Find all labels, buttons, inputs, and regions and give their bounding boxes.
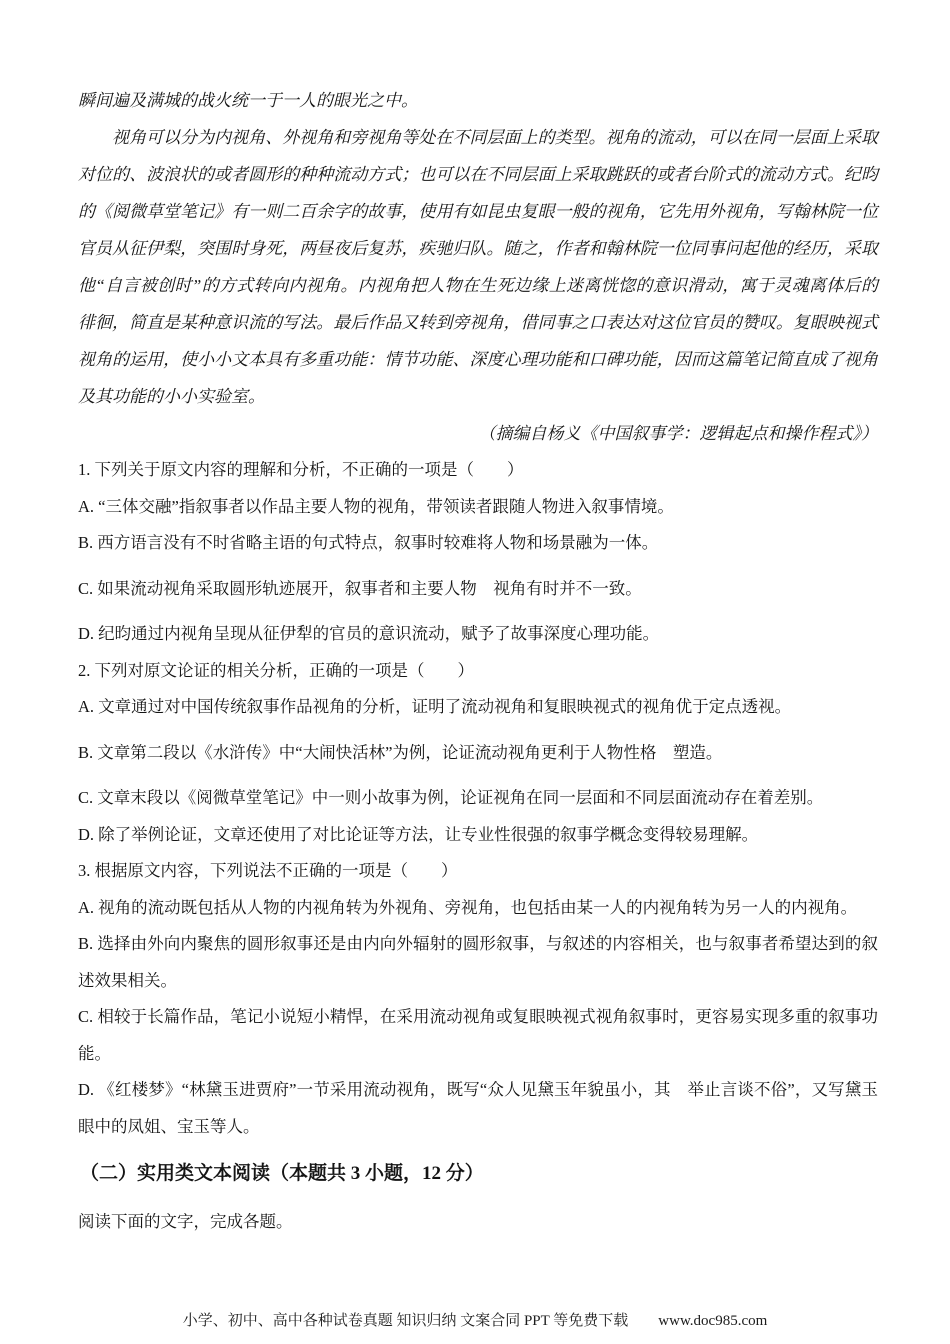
exam-document-page: 瞬间遍及满城的战火统一于一人的眼光之中。 视角可以分为内视角、外视角和旁视角等处… [0, 0, 950, 1344]
question-3-option-a: A. 视角的流动既包括从人物的内视角转为外视角、旁视角，也包括由某一人的内视角转… [78, 890, 878, 927]
question-2-option-a: A. 文章通过对中国传统叙事作品视角的分析，证明了流动视角和复眼映视式的视角优于… [78, 689, 878, 726]
document-body: 瞬间遍及满城的战火统一于一人的眼光之中。 视角可以分为内视角、外视角和旁视角等处… [78, 82, 878, 1241]
footer-site-url: www.doc985.com [658, 1313, 767, 1329]
question-1-stem: 1. 下列关于原文内容的理解和分析，不正确的一项是（ ） [78, 452, 878, 489]
question-1-option-d: D. 纪昀通过内视角呈现从征伊犁的官员的意识流动，赋予了故事深度心理功能。 [78, 616, 878, 653]
question-3-stem: 3. 根据原文内容，下列说法不正确的一项是（ ） [78, 853, 878, 890]
question-2-option-b: B. 文章第二段以《水浒传》中“大闹快活林”为例，论证流动视角更利于人物性格 塑… [78, 735, 878, 772]
question-block-1: 1. 下列关于原文内容的理解和分析，不正确的一项是（ ） A. “三体交融”指叙… [78, 452, 878, 653]
question-block-3: 3. 根据原文内容，下列说法不正确的一项是（ ） A. 视角的流动既包括从人物的… [78, 853, 878, 1145]
footer-promo-text: 小学、初中、高中各种试卷真题 知识归纳 文案合同 PPT 等免费下载 [183, 1313, 629, 1329]
question-block-2: 2. 下列对原文论证的相关分析，正确的一项是（ ） A. 文章通过对中国传统叙事… [78, 653, 878, 854]
question-2-option-d: D. 除了举例论证，文章还使用了对比论证等方法，让专业性很强的叙事学概念变得较易… [78, 817, 878, 854]
page-footer: 小学、初中、高中各种试卷真题 知识归纳 文案合同 PPT 等免费下载www.do… [0, 1311, 950, 1331]
section-heading: （二）实用类文本阅读（本题共 3 小题，12 分） [80, 1159, 878, 1189]
question-2-option-c: C. 文章末段以《阅微草堂笔记》中一则小故事为例，论证视角在同一层面和不同层面流… [78, 780, 878, 817]
question-1-option-b: B. 西方语言没有不时省略主语的句式特点，叙事时较难将人物和场景融为一体。 [78, 525, 878, 562]
passage-paragraph-main: 视角可以分为内视角、外视角和旁视角等处在不同层面上的类型。视角的流动，可以在同一… [78, 119, 878, 415]
question-1-option-a: A. “三体交融”指叙事者以作品主要人物的视角，带领读者跟随人物进入叙事情境。 [78, 489, 878, 526]
passage-paragraph-end: 瞬间遍及满城的战火统一于一人的眼光之中。 [78, 82, 878, 119]
question-2-stem: 2. 下列对原文论证的相关分析，正确的一项是（ ） [78, 653, 878, 690]
question-1-option-c: C. 如果流动视角采取圆形轨迹展开，叙事者和主要人物 视角有时并不一致。 [78, 571, 878, 608]
question-3-option-d: D. 《红楼梦》“林黛玉进贾府”一节采用流动视角，既写“众人见黛玉年貌虽小，其 … [78, 1072, 878, 1145]
section-instruction: 阅读下面的文字，完成各题。 [78, 1204, 878, 1241]
question-3-option-b: B. 选择由外向内聚焦的圆形叙事还是由内向外辐射的圆形叙事，与叙述的内容相关，也… [78, 926, 878, 999]
question-3-option-c: C. 相较于长篇作品，笔记小说短小精悍，在采用流动视角或复眼映视式视角叙事时，更… [78, 999, 878, 1072]
passage-attribution: （摘编自杨义《中国叙事学：逻辑起点和操作程式》） [78, 415, 878, 452]
